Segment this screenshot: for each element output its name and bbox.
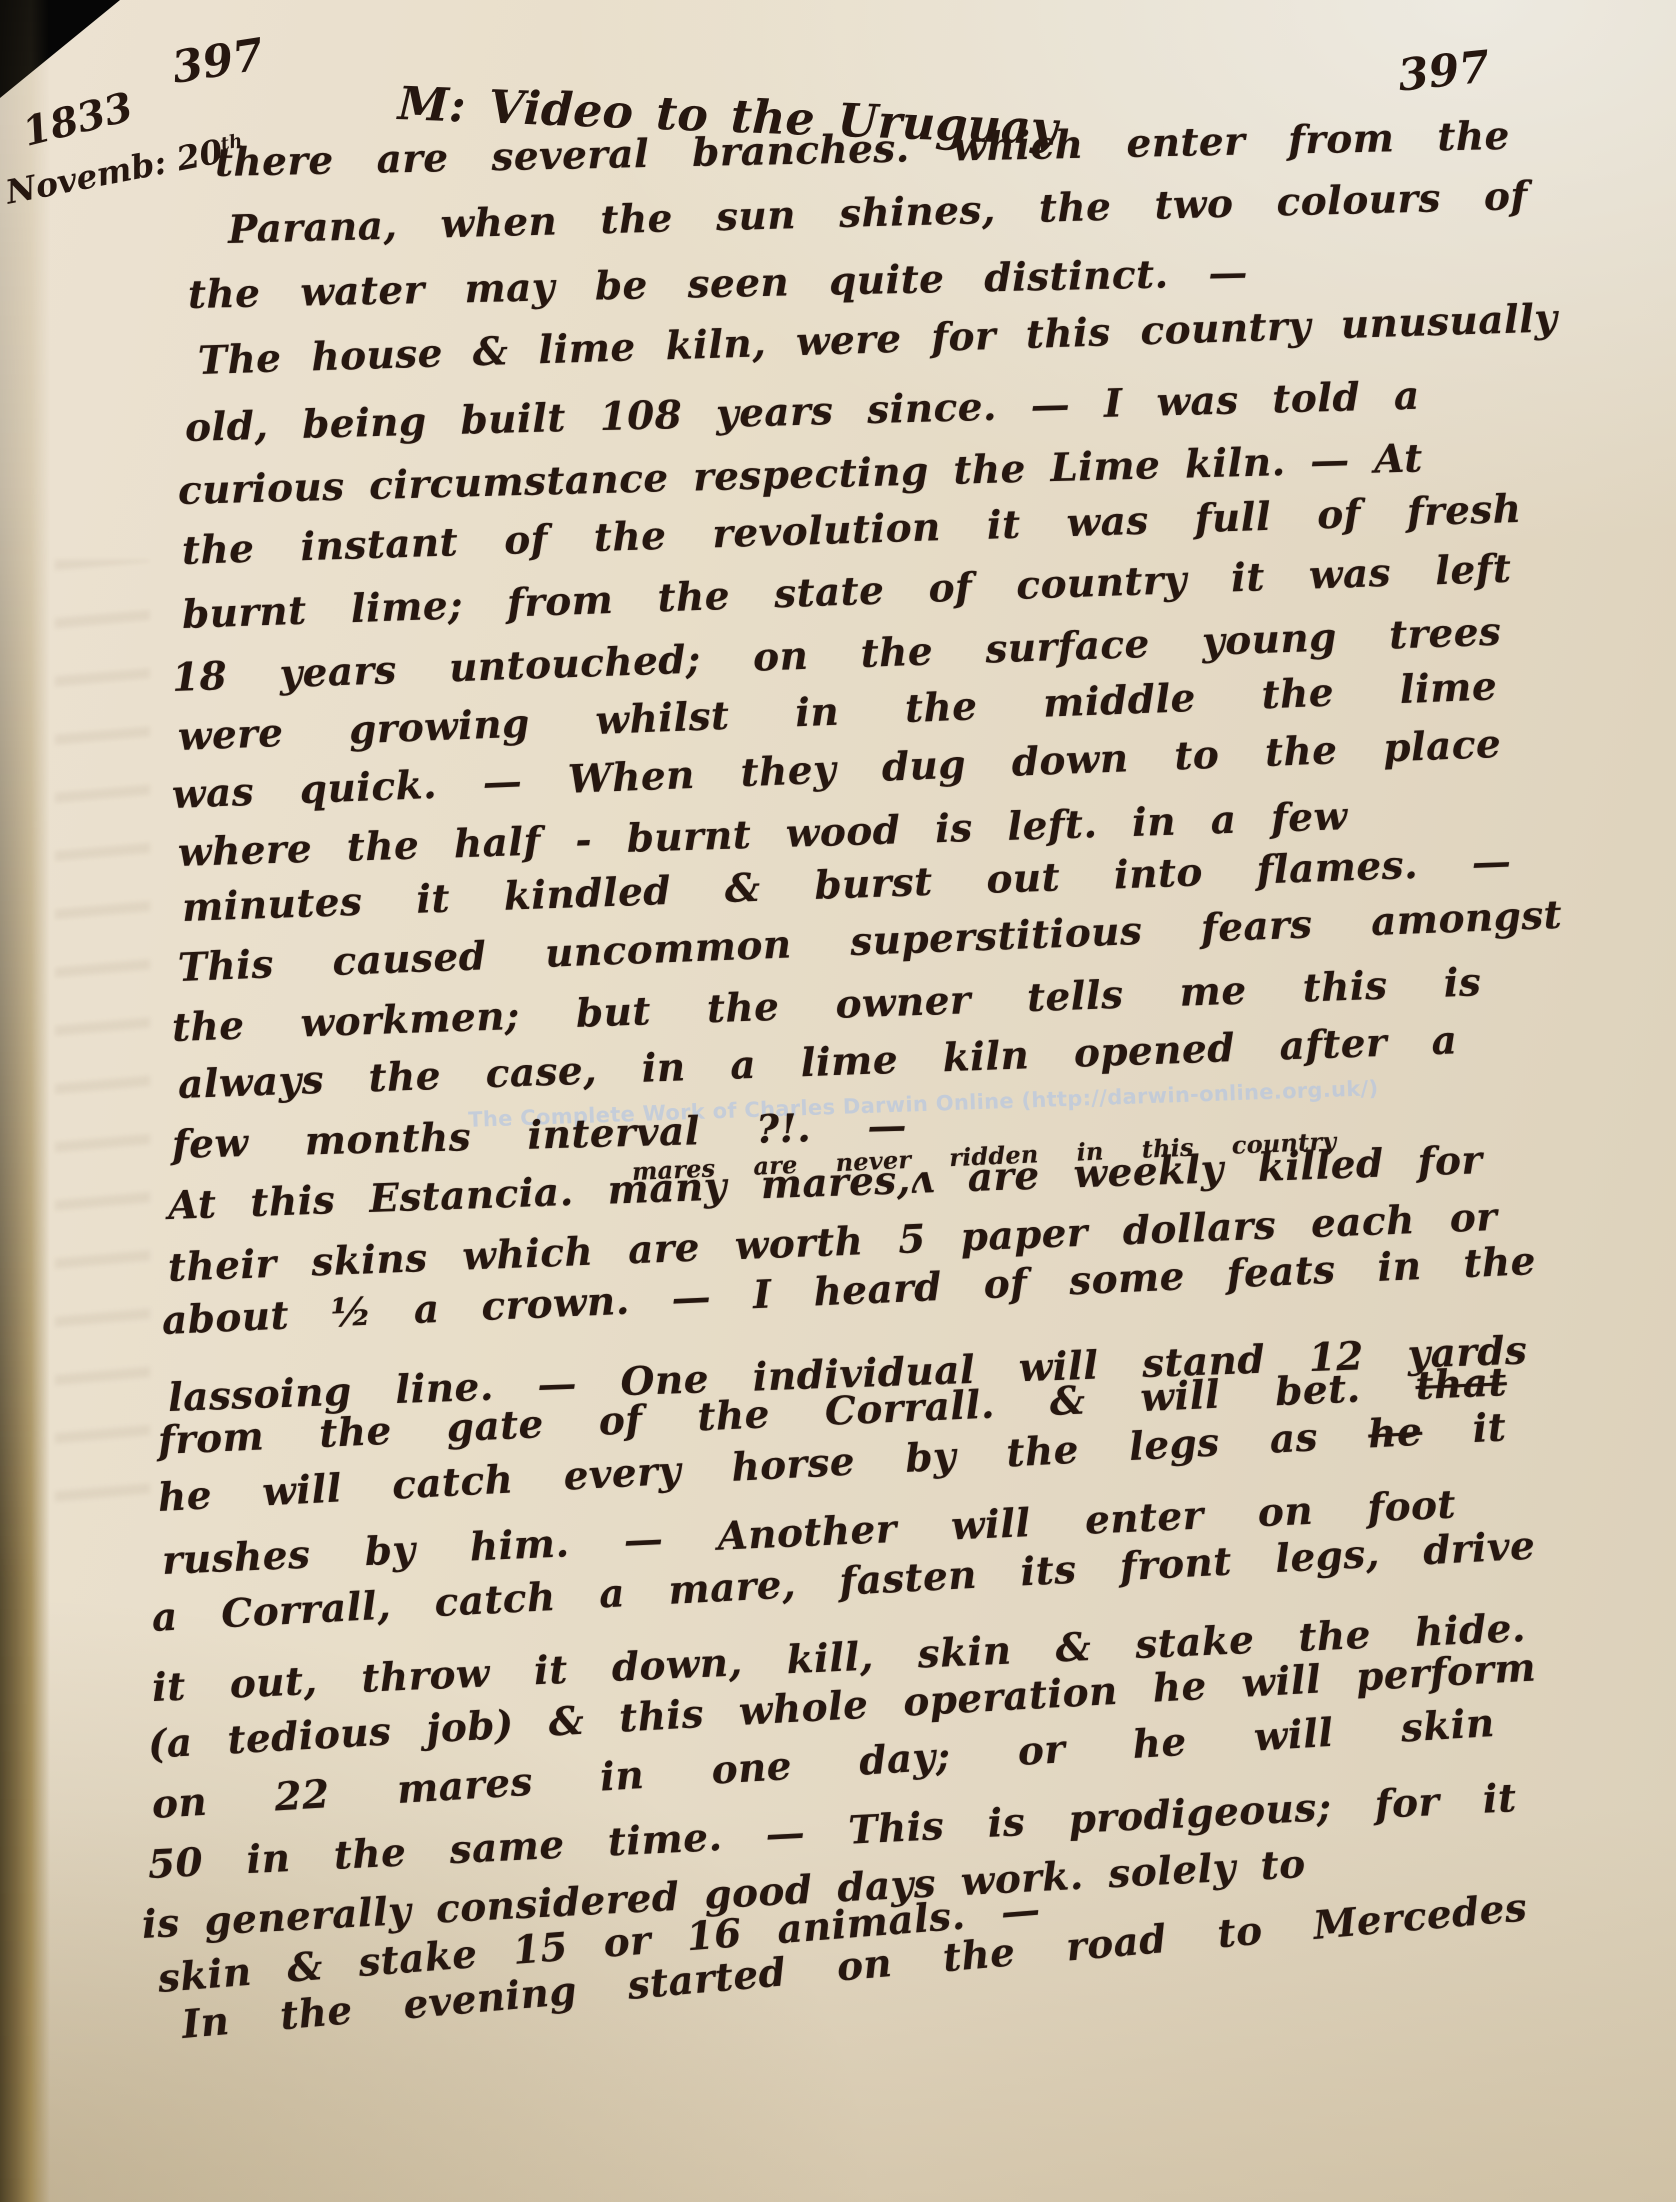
book-binding-edge [0, 0, 50, 2202]
page-number-right: 397 [1396, 41, 1493, 101]
bleed-through-marks [55, 560, 150, 1540]
manuscript-page-photo: 397 397 M: Video to the Uruguay 1833 Nov… [0, 0, 1676, 2202]
